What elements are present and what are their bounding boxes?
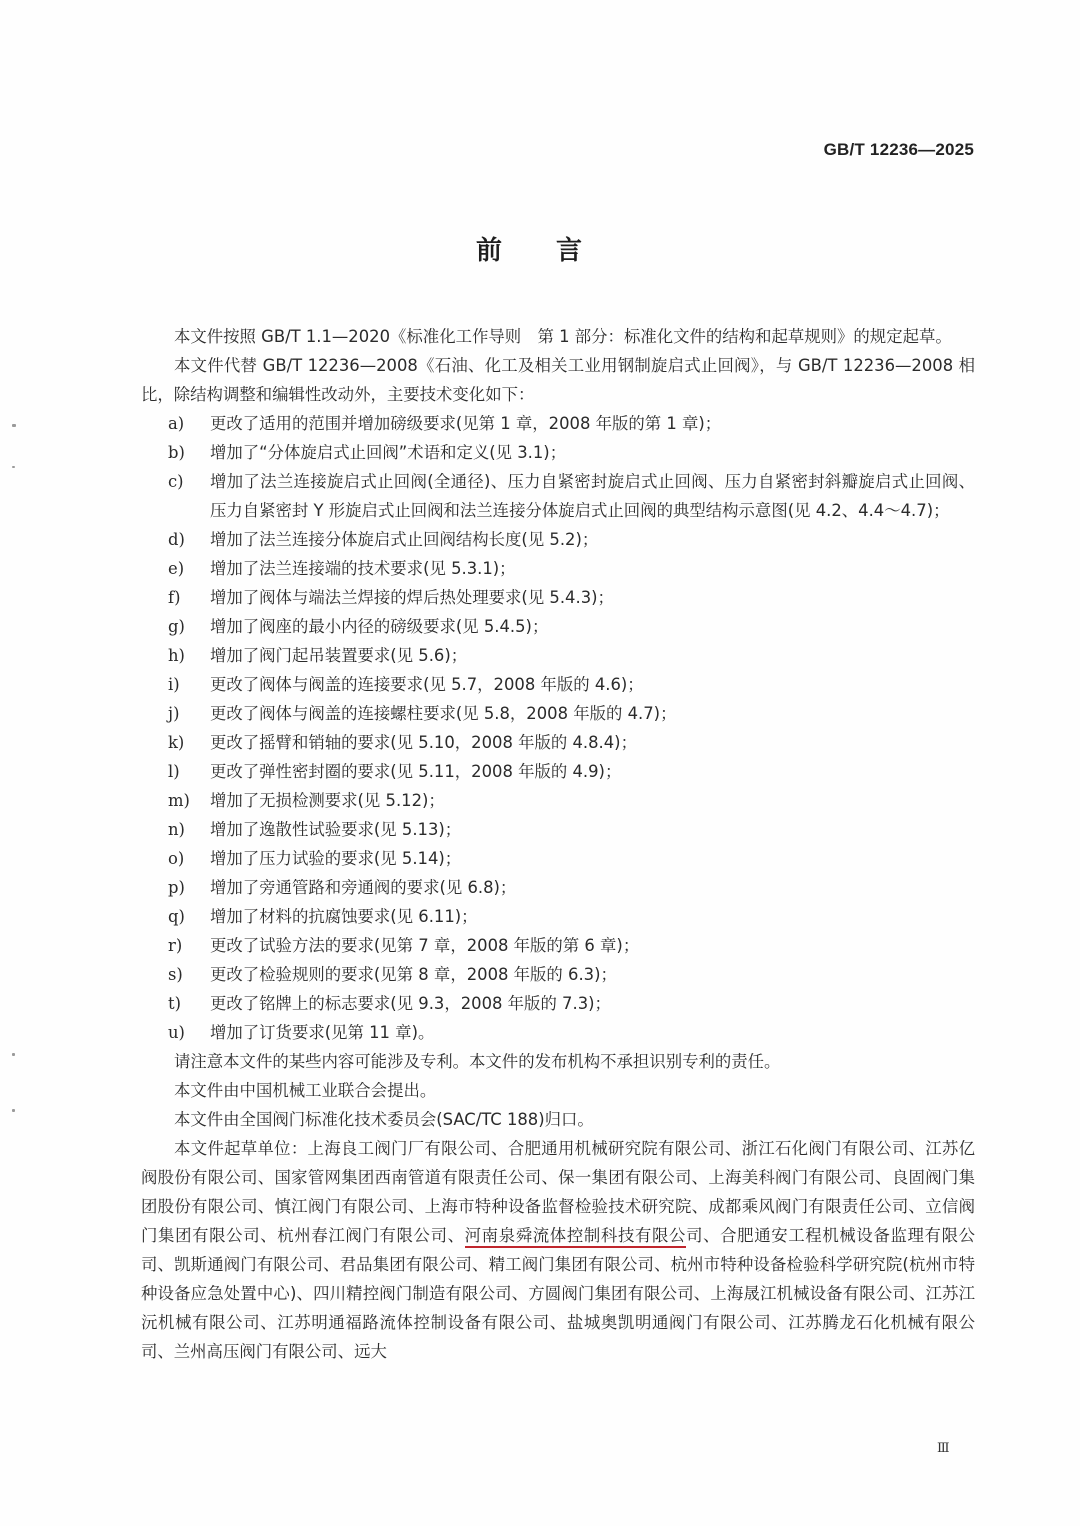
intro-paragraph-drafting-rules: 本文件按照 GB/T 1.1—2020《标准化工作导则 第 1 部分：标准化文件… (141, 322, 975, 351)
list-label: i) (141, 670, 210, 699)
patent-notice: 请注意本文件的某些内容可能涉及专利。本文件的发布机构不承担识别专利的责任。 (141, 1047, 975, 1076)
list-label: s) (141, 960, 210, 989)
list-item: q)增加了材料的抗腐蚀要求(见 6.11)； (141, 902, 975, 931)
proposed-by: 本文件由中国机械工业联合会提出。 (141, 1076, 975, 1105)
list-label: l) (141, 757, 210, 786)
list-item: a)更改了适用的范围并增加磅级要求(见第 1 章，2008 年版的第 1 章)； (141, 409, 975, 438)
list-text: 增加了材料的抗腐蚀要求(见 6.11)； (210, 902, 975, 931)
scan-artifact (12, 424, 16, 427)
list-text: 更改了阀体与阀盖的连接要求(见 5.7，2008 年版的 4.6)； (210, 670, 975, 699)
list-item: e)增加了法兰连接端的技术要求(见 5.3.1)； (141, 554, 975, 583)
changes-list: a)更改了适用的范围并增加磅级要求(见第 1 章，2008 年版的第 1 章)；… (141, 409, 975, 1047)
list-item: r)更改了试验方法的要求(见第 7 章，2008 年版的第 6 章)； (141, 931, 975, 960)
list-item: n)增加了逸散性试验要求(见 5.13)； (141, 815, 975, 844)
scan-artifact (12, 466, 15, 468)
list-label: e) (141, 554, 210, 583)
list-label: o) (141, 844, 210, 873)
list-item: p)增加了旁通管路和旁通阀的要求(见 6.8)； (141, 873, 975, 902)
list-item: t)更改了铭牌上的标志要求(见 9.3，2008 年版的 7.3)； (141, 989, 975, 1018)
list-text: 更改了适用的范围并增加磅级要求(见第 1 章，2008 年版的第 1 章)； (210, 409, 975, 438)
section-title: 前言 (0, 230, 1080, 267)
list-text: 增加了“分体旋启式止回阀”术语和定义(见 3.1)； (210, 438, 975, 467)
administered-by: 本文件由全国阀门标准化技术委员会(SAC/TC 188)归口。 (141, 1105, 975, 1134)
list-text: 更改了检验规则的要求(见第 8 章，2008 年版的 6.3)； (210, 960, 975, 989)
list-text: 增加了无损检测要求(见 5.12)； (210, 786, 975, 815)
list-text: 增加了压力试验的要求(见 5.14)； (210, 844, 975, 873)
list-text: 增加了订货要求(见第 11 章)。 (210, 1018, 975, 1047)
list-label: b) (141, 438, 210, 467)
list-text: 更改了铭牌上的标志要求(见 9.3，2008 年版的 7.3)； (210, 989, 975, 1018)
standard-number: GB/T 12236—2025 (824, 140, 974, 160)
list-text: 增加了逸散性试验要求(见 5.13)； (210, 815, 975, 844)
list-item: i)更改了阀体与阀盖的连接要求(见 5.7，2008 年版的 4.6)； (141, 670, 975, 699)
scan-artifact (12, 1053, 15, 1056)
list-label: m) (141, 786, 210, 815)
list-label: d) (141, 525, 210, 554)
list-text: 更改了试验方法的要求(见第 7 章，2008 年版的第 6 章)； (210, 931, 975, 960)
list-item: l)更改了弹性密封圈的要求(见 5.11，2008 年版的 4.9)； (141, 757, 975, 786)
list-label: j) (141, 699, 210, 728)
list-label: h) (141, 641, 210, 670)
list-label: q) (141, 902, 210, 931)
list-label: c) (141, 467, 210, 525)
document-page: GB/T 12236—2025 前言 本文件按照 GB/T 1.1—2020《标… (0, 0, 1080, 1526)
list-label: a) (141, 409, 210, 438)
list-text: 增加了法兰连接分体旋启式止回阀结构长度(见 5.2)； (210, 525, 975, 554)
list-label: f) (141, 583, 210, 612)
list-item: g)增加了阀座的最小内径的磅级要求(见 5.4.5)； (141, 612, 975, 641)
list-item: s)更改了检验规则的要求(见第 8 章，2008 年版的 6.3)； (141, 960, 975, 989)
list-label: t) (141, 989, 210, 1018)
list-item: f)增加了阀体与端法兰焊接的焊后热处理要求(见 5.4.3)； (141, 583, 975, 612)
page-number: Ⅲ (937, 1441, 950, 1456)
list-item: o)增加了压力试验的要求(见 5.14)； (141, 844, 975, 873)
list-label: k) (141, 728, 210, 757)
preface-body: 本文件按照 GB/T 1.1—2020《标准化工作导则 第 1 部分：标准化文件… (141, 322, 975, 1366)
list-item: u)增加了订货要求(见第 11 章)。 (141, 1018, 975, 1047)
drafting-units: 本文件起草单位：上海良工阀门厂有限公司、合肥通用机械研究院有限公司、浙江石化阀门… (141, 1134, 975, 1366)
list-item: j)更改了阀体与阀盖的连接螺柱要求(见 5.8，2008 年版的 4.7)； (141, 699, 975, 728)
list-text: 更改了弹性密封圈的要求(见 5.11，2008 年版的 4.9)； (210, 757, 975, 786)
list-label: r) (141, 931, 210, 960)
scan-artifact (12, 1109, 15, 1112)
list-text: 增加了阀门起吊装置要求(见 5.6)； (210, 641, 975, 670)
list-text: 增加了阀座的最小内径的磅级要求(见 5.4.5)； (210, 612, 975, 641)
list-item: h)增加了阀门起吊装置要求(见 5.6)； (141, 641, 975, 670)
list-text: 增加了旁通管路和旁通阀的要求(见 6.8)； (210, 873, 975, 902)
list-label: u) (141, 1018, 210, 1047)
list-label: g) (141, 612, 210, 641)
list-label: n) (141, 815, 210, 844)
list-text: 增加了法兰连接端的技术要求(见 5.3.1)； (210, 554, 975, 583)
list-item: k)更改了摇臂和销轴的要求(见 5.10，2008 年版的 4.8.4)； (141, 728, 975, 757)
list-text: 增加了阀体与端法兰焊接的焊后热处理要求(见 5.4.3)； (210, 583, 975, 612)
list-label: p) (141, 873, 210, 902)
list-text: 更改了摇臂和销轴的要求(见 5.10，2008 年版的 4.8.4)； (210, 728, 975, 757)
intro-paragraph-replacement: 本文件代替 GB/T 12236—2008《石油、化工及相关工业用钢制旋启式止回… (141, 351, 975, 409)
list-item: b)增加了“分体旋启式止回阀”术语和定义(见 3.1)； (141, 438, 975, 467)
list-text: 更改了阀体与阀盖的连接螺柱要求(见 5.8，2008 年版的 4.7)； (210, 699, 975, 728)
list-item: c)增加了法兰连接旋启式止回阀(全通径)、压力自紧密封旋启式止回阀、压力自紧密封… (141, 467, 975, 525)
list-item: m)增加了无损检测要求(见 5.12)； (141, 786, 975, 815)
list-item: d)增加了法兰连接分体旋启式止回阀结构长度(见 5.2)； (141, 525, 975, 554)
highlighted-company: 河南泉舜流体控制科技有限公 (465, 1226, 686, 1248)
list-text: 增加了法兰连接旋启式止回阀(全通径)、压力自紧密封旋启式止回阀、压力自紧密封斜瓣… (210, 467, 975, 525)
